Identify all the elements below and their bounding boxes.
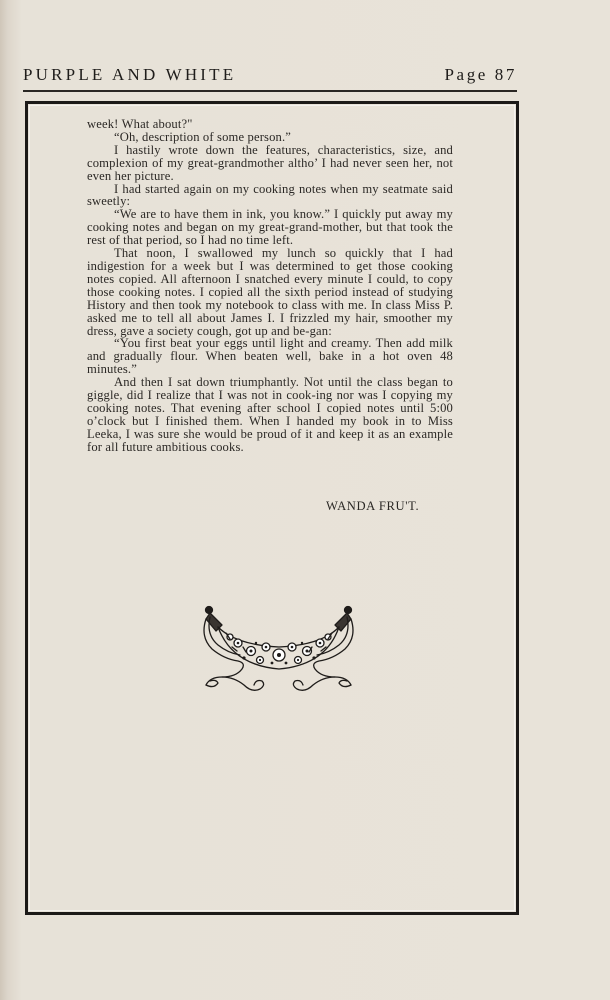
book-page: PURPLE AND WHITE Page 87 week! What abou… bbox=[0, 0, 610, 1000]
paragraph: “We are to have them in ink, you know.” … bbox=[87, 208, 453, 247]
paragraph: “You first beat your eggs until light an… bbox=[87, 337, 453, 376]
paragraph: I hastily wrote down the features, chara… bbox=[87, 144, 453, 183]
page-number: Page 87 bbox=[445, 65, 518, 85]
paragraph: week! What about?" bbox=[87, 118, 453, 131]
paragraph: “Oh, description of some person.” bbox=[87, 131, 453, 144]
author-signature: WANDA FRU'T. bbox=[326, 499, 419, 514]
publication-title: PURPLE AND WHITE bbox=[23, 65, 236, 85]
story-text: week! What about?" “Oh, description of s… bbox=[87, 118, 453, 454]
paragraph: That noon, I swallowed my lunch so quick… bbox=[87, 247, 453, 337]
paragraph: And then I sat down triumphantly. Not un… bbox=[87, 376, 453, 453]
header-rule bbox=[23, 90, 517, 92]
running-header: PURPLE AND WHITE Page 87 bbox=[23, 65, 517, 87]
paragraph: I had started again on my cooking notes … bbox=[87, 183, 453, 209]
floral-garland-ribbon-icon bbox=[196, 603, 362, 695]
